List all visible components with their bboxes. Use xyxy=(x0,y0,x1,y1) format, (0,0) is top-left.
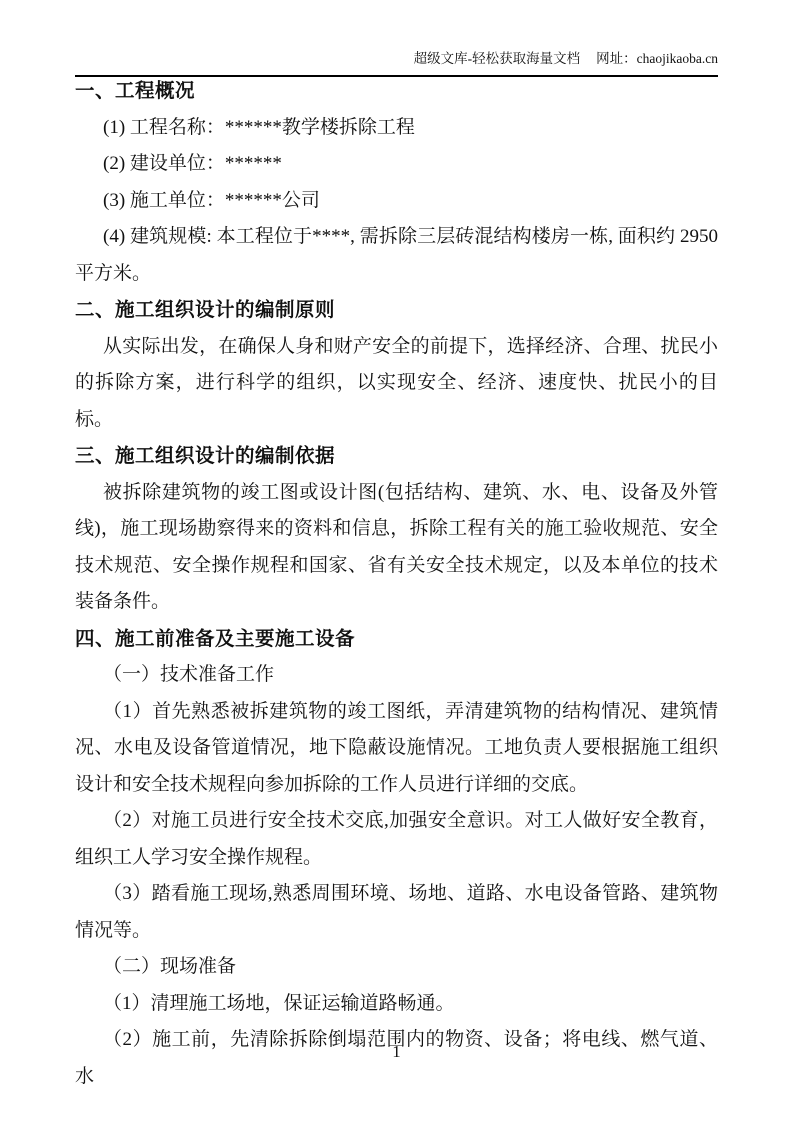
para-site-prep-1: （1）清理施工场地，保证运输道路畅通。 xyxy=(75,986,718,1023)
header-url: chaojikaoba.cn xyxy=(637,51,718,66)
para-sub-site-prep: （二）现场准备 xyxy=(75,949,718,986)
para-principles-body: 从实际出发，在确保人身和财产安全的前提下，选择经济、合理、扰民小的拆除方案，进行… xyxy=(75,329,718,439)
heading-4-preparation-equipment: 四、施工前准备及主要施工设备 xyxy=(75,621,718,658)
heading-1-project-overview: 一、工程概况 xyxy=(75,73,718,110)
para-sub-technical-prep: （一）技术准备工作 xyxy=(75,657,718,694)
para-tech-prep-3: （3）踏看施工现场,熟悉周围环境、场地、道路、水电设备管路、建筑物情况等。 xyxy=(75,876,718,949)
para-building-scale: (4) 建筑规模: 本工程位于****, 需拆除三层砖混结构楼房一栋, 面积约 … xyxy=(75,219,718,292)
heading-3-design-basis: 三、施工组织设计的编制依据 xyxy=(75,438,718,475)
page-number: 1 xyxy=(0,1040,793,1064)
para-project-name: (1) 工程名称：******教学楼拆除工程 xyxy=(75,110,718,147)
para-construction-unit: (2) 建设单位：****** xyxy=(75,146,718,183)
header-url-label: 网址： xyxy=(596,51,637,66)
para-basis-body: 被拆除建筑物的竣工图或设计图(包括结构、建筑、水、电、设备及外管线)，施工现场勘… xyxy=(75,475,718,621)
document-body: 一、工程概况 (1) 工程名称：******教学楼拆除工程 (2) 建设单位：*… xyxy=(75,73,718,1095)
document-page: 超级文库-轻松获取海量文档网址：chaojikaoba.cn 一、工程概况 (1… xyxy=(0,0,793,1122)
header-site-name: 超级文库-轻松获取海量文档 xyxy=(414,51,581,66)
para-contractor-unit: (3) 施工单位：******公司 xyxy=(75,183,718,220)
heading-2-design-principles: 二、施工组织设计的编制原则 xyxy=(75,292,718,329)
para-tech-prep-2: （2）对施工员进行安全技术交底,加强安全意识。对工人做好安全教育，组织工人学习安… xyxy=(75,803,718,876)
para-tech-prep-1: （1）首先熟悉被拆建筑物的竣工图纸，弄清建筑物的结构情况、建筑情况、水电及设备管… xyxy=(75,694,718,804)
